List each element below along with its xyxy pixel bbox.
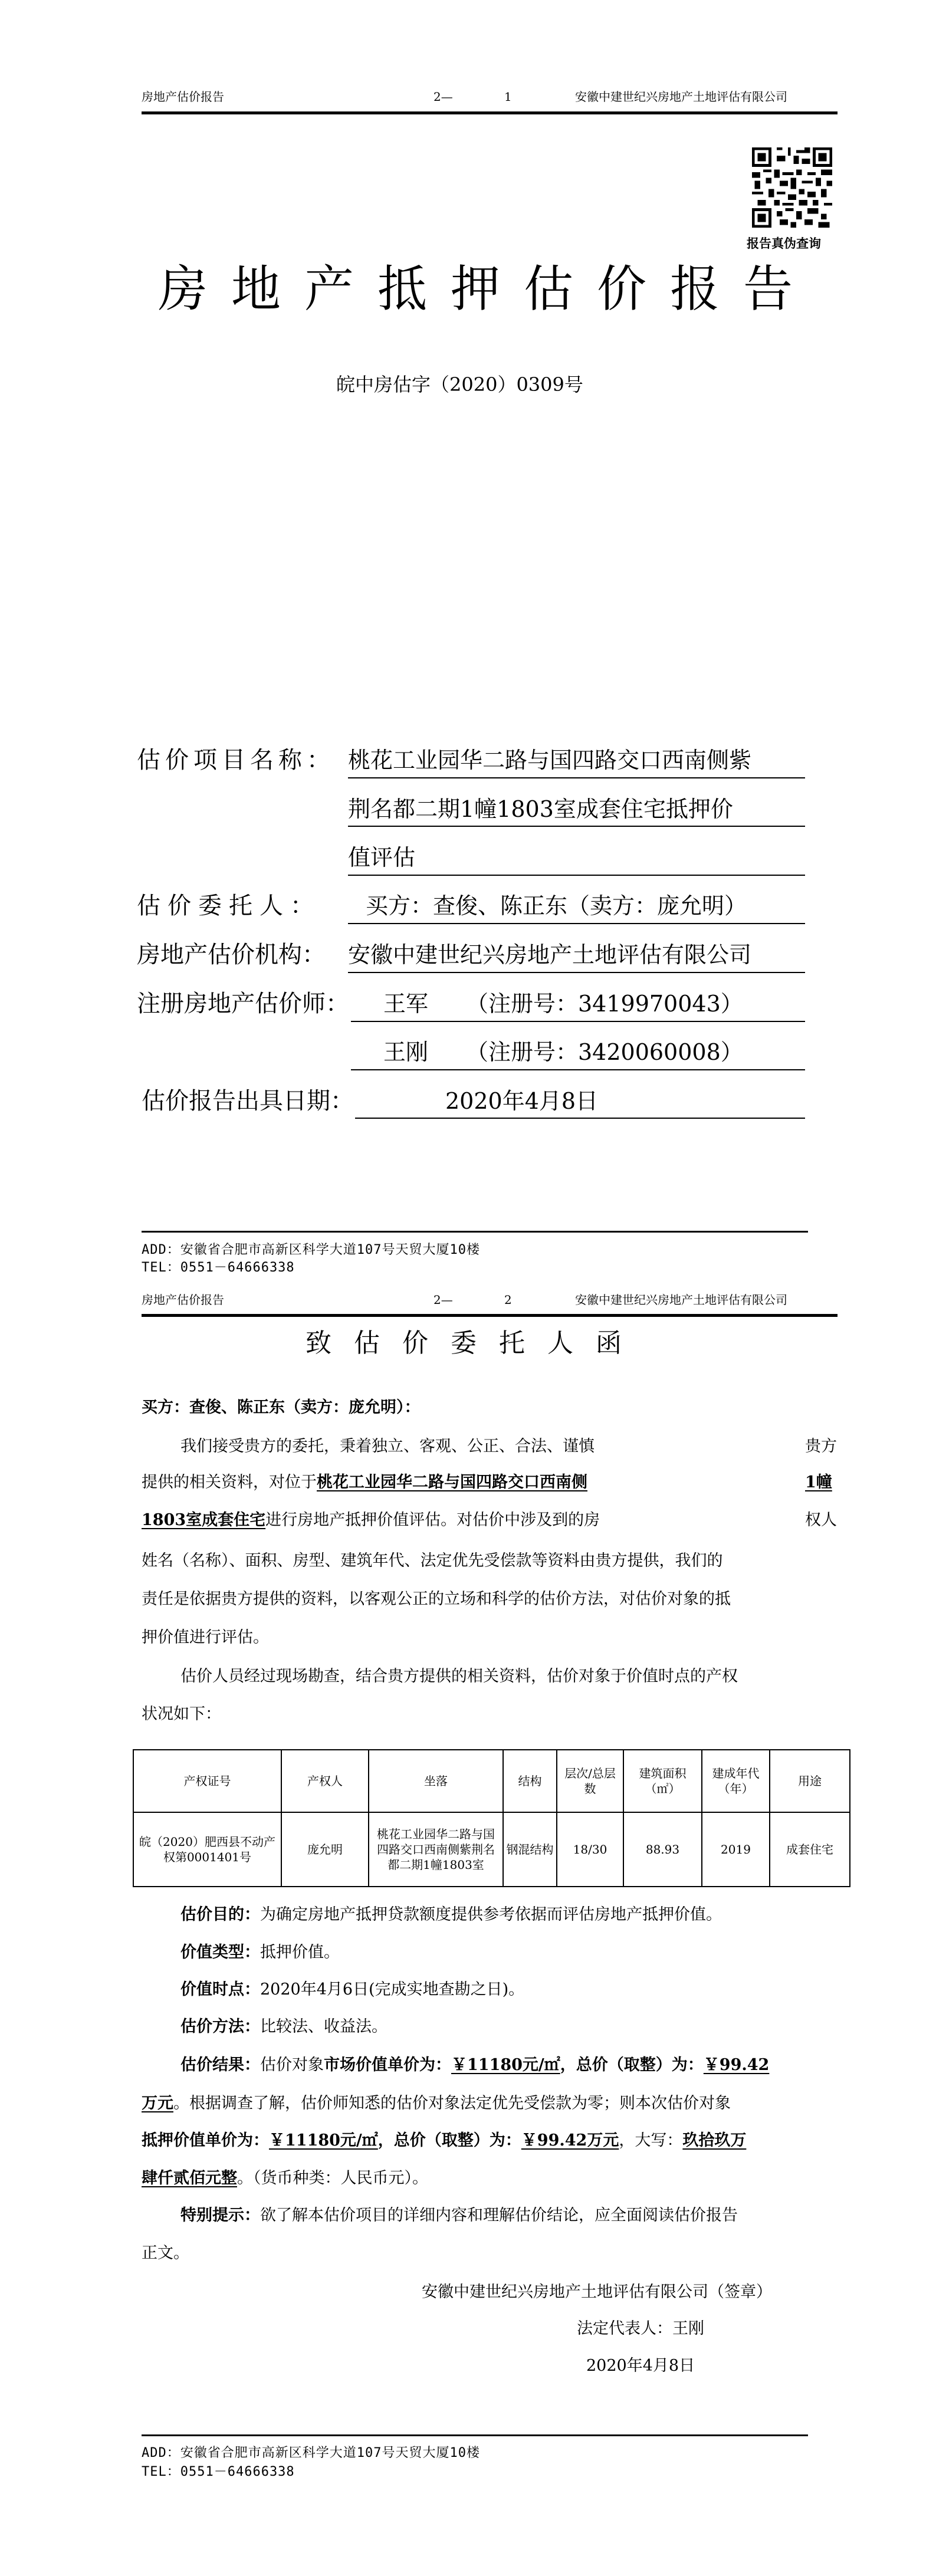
- salutation: 买方：查俊、陈正东（卖方：庞允明）：: [142, 1398, 421, 1418]
- th-cert-no: 产权证号: [133, 1750, 281, 1812]
- th-floor: 层次/总层数: [557, 1750, 623, 1812]
- mortgage-total-price: ￥99.42万元: [521, 2131, 619, 2150]
- header-company: 安徽中建世纪兴房地产土地评估有限公司: [575, 90, 787, 104]
- para1-line2-tail: 1幢: [805, 1473, 832, 1493]
- appraiser-1-name: 王军: [383, 990, 428, 1018]
- property-rights-table: 产权证号 产权人 坐落 结构 层次/总层数 建筑面积（㎡） 建成年代（年） 用途…: [133, 1749, 850, 1887]
- qr-caption: 报告真伪查询: [747, 234, 821, 252]
- para1-line3: 1803室成套住宅进行房地产抵押价值评估。对估价中涉及到的房: [142, 1510, 600, 1530]
- value-type-item: 价值类型：抵押价值。: [180, 1943, 340, 1963]
- agency-label: 房地产估价机构：: [137, 941, 326, 969]
- result-text: 市场价值单价为：: [324, 2056, 451, 2074]
- market-total-unit: 万元: [142, 2094, 173, 2112]
- redaction-mask: [670, 1433, 803, 1533]
- value-date-label: 价值时点：: [180, 1980, 260, 1999]
- underline: [348, 923, 805, 924]
- result-line-1: 估价结果：估价对象市场价值单价为：￥11180元/㎡，总价（取整）为：￥99.4…: [180, 2055, 769, 2075]
- purpose-label: 估价目的：: [180, 1905, 260, 1924]
- table-header-row: 产权证号 产权人 坐落 结构 层次/总层数 建筑面积（㎡） 建成年代（年） 用途: [133, 1750, 850, 1812]
- qr-code-icon[interactable]: [752, 147, 832, 228]
- result-text: 。根据调查了解，估价师知悉的估价对象法定优先受偿款为零；则本次估价对象: [173, 2094, 731, 2112]
- client-value: 买方：查俊、陈正东（卖方：庞允明）: [366, 892, 747, 920]
- purpose-value: 为确定房地产抵押贷款额度提供参考依据而评估房地产抵押价值。: [260, 1905, 722, 1924]
- cell-owner: 庞允明: [281, 1812, 369, 1887]
- underline: [348, 875, 805, 876]
- underline: [348, 972, 805, 973]
- signature-representative: 法定代表人：王刚: [577, 2319, 704, 2339]
- header-rule: [142, 111, 838, 114]
- footer-phone: TEL：0551－64666338: [142, 1260, 295, 1276]
- value-type-label: 价值类型：: [180, 1943, 260, 1961]
- appraiser-label: 注册房地产估价师：: [137, 990, 349, 1018]
- para1-line4: 姓名（名称）、面积、房型、建筑年代、法定优先受偿款等资料由贵方提供，我们的: [142, 1551, 723, 1571]
- client-label: 估价委托人：: [137, 892, 321, 920]
- header-doc-type: 房地产估价报告: [142, 90, 224, 104]
- method-label: 估价方法：: [180, 2018, 260, 2036]
- result-line-4: 肆仟贰佰元整。（货币种类：人民币元）。: [142, 2168, 428, 2189]
- para1-line2-pre: 提供的相关资料，对位于: [142, 1473, 317, 1491]
- note-tail: 正文。: [142, 2243, 189, 2263]
- project-name-line-3: 值评估: [348, 843, 415, 872]
- cell-area: 88.93: [623, 1812, 702, 1887]
- th-owner: 产权人: [281, 1750, 369, 1812]
- appraiser-2-name: 王刚: [383, 1038, 428, 1066]
- underline: [351, 1021, 805, 1022]
- report-title: 房地产抵押估价报告: [158, 259, 816, 318]
- table-row: 皖（2020）肥西县不动产权第0001401号 庞允明 桃花工业园华二路与国四路…: [133, 1812, 850, 1887]
- property-address-bold: 桃花工业园华二路与国四路交口西南侧: [317, 1473, 587, 1491]
- cell-cert-no: 皖（2020）肥西县不动产权第0001401号: [133, 1812, 281, 1887]
- underline: [355, 1118, 805, 1119]
- header-company: 安徽中建世纪兴房地产土地评估有限公司: [575, 1293, 787, 1307]
- method-item: 估价方法：比较法、收益法。: [180, 2017, 387, 2037]
- underline: [348, 826, 805, 827]
- para2-line2: 状况如下：: [142, 1704, 221, 1724]
- para1-line1-tail: 贵方: [805, 1437, 837, 1457]
- header-page-number: 2: [504, 1293, 512, 1307]
- header-page-prefix: 2—: [433, 1293, 453, 1307]
- appraiser-2-reg: （注册号：3420060008）: [466, 1038, 743, 1066]
- th-area: 建筑面积（㎡）: [623, 1750, 702, 1812]
- para1-line2: 提供的相关资料，对位于桃花工业园华二路与国四路交口西南侧: [142, 1473, 587, 1493]
- para1-line3-rest: 进行房地产抵押价值评估。对估价中涉及到的房: [265, 1511, 600, 1529]
- project-name-line-2: 荆名都二期1幢1803室成套住宅抵押价: [348, 795, 733, 823]
- cell-structure: 钢混结构: [503, 1812, 557, 1887]
- footer-rule: [142, 2434, 808, 2436]
- footer-address: ADD：安徽省合肥市高新区科学大道107号天贸大厦10楼: [142, 2445, 480, 2462]
- para1-line1: 我们接受贵方的委托，秉着独立、客观、公正、合法、谨慎: [180, 1437, 595, 1457]
- appraiser-1-reg: （注册号：3419970043）: [466, 990, 743, 1018]
- para1-line6: 押价值进行评估。: [142, 1628, 269, 1648]
- result-text: 。（货币种类：人民币元）。: [237, 2169, 428, 2187]
- signature-company: 安徽中建世纪兴房地产土地评估有限公司（签章）: [422, 2282, 772, 2302]
- value-date-value: 2020年4月6日(完成实地查勘之日)。: [260, 1980, 524, 1999]
- footer-rule: [142, 1231, 808, 1233]
- result-text: ，大写：: [619, 2131, 682, 2150]
- method-value: 比较法、收益法。: [260, 2018, 387, 2036]
- header-rule: [142, 1314, 838, 1317]
- cell-usage: 成套住宅: [770, 1812, 850, 1887]
- letter-title: 致估价委托人函: [306, 1327, 644, 1360]
- result-line-2: 万元。根据调查了解，估价师知悉的估价对象法定优先受偿款为零；则本次估价对象: [142, 2094, 731, 2114]
- value-date-item: 价值时点：2020年4月6日(完成实地查勘之日)。: [180, 1980, 524, 2000]
- underline: [348, 777, 805, 778]
- underline: [351, 1069, 805, 1070]
- result-text: 估价对象: [260, 2056, 324, 2074]
- issue-date-label: 估价报告出具日期：: [142, 1087, 354, 1115]
- th-year: 建成年代（年）: [702, 1750, 770, 1812]
- th-structure: 结构: [503, 1750, 557, 1812]
- footer-phone: TEL：0551－64666338: [142, 2464, 295, 2480]
- para1-line3-tail: 权人: [805, 1510, 837, 1530]
- mortgage-total-upper-cont: 肆仟贰佰元整: [142, 2169, 237, 2187]
- para1-line5: 责任是依据贵方提供的资料，以客观公正的立场和科学的估价方法，对估价对象的抵: [142, 1589, 731, 1609]
- footer-address: ADD：安徽省合肥市高新区科学大道107号天贸大厦10楼: [142, 1242, 480, 1259]
- header-page-number: 1: [504, 90, 512, 104]
- market-total-price: ￥99.42: [704, 2056, 770, 2074]
- value-type-value: 抵押价值。: [260, 1943, 340, 1961]
- result-text: 抵押价值单价为：: [142, 2131, 269, 2150]
- cell-floor: 18/30: [557, 1812, 623, 1887]
- header-doc-type: 房地产估价报告: [142, 1293, 224, 1307]
- agency-value: 安徽中建世纪兴房地产土地评估有限公司: [348, 941, 751, 969]
- market-unit-price: ￥11180元/㎡: [451, 2056, 560, 2074]
- report-number: 皖中房估字（2020）0309号: [336, 373, 583, 396]
- mortgage-total-upper: 玖拾玖万: [682, 2131, 746, 2150]
- project-name-label: 估价项目名称：: [137, 746, 335, 774]
- signature-date: 2020年4月8日: [586, 2356, 695, 2376]
- result-text: ，总价（取整）为：: [378, 2131, 521, 2150]
- note-label: 特别提示：: [180, 2206, 260, 2225]
- issue-date-value: 2020年4月8日: [445, 1087, 598, 1115]
- th-location: 坐落: [369, 1750, 503, 1812]
- header-page-prefix: 2—: [433, 90, 453, 104]
- note-value: 欲了解本估价项目的详细内容和理解估价结论，应全面阅读估价报告: [260, 2206, 738, 2225]
- para2-line1: 估价人员经过现场勘查，结合贵方提供的相关资料，估价对象于价值时点的产权: [180, 1667, 738, 1687]
- purpose-item: 估价目的：为确定房地产抵押贷款额度提供参考依据而评估房地产抵押价值。: [180, 1905, 722, 1925]
- th-usage: 用途: [770, 1750, 850, 1812]
- property-unit-bold: 1803室成套住宅: [142, 1511, 265, 1529]
- result-line-3: 抵押价值单价为：￥11180元/㎡，总价（取整）为：￥99.42万元，大写：玖拾…: [142, 2131, 746, 2151]
- cell-year: 2019: [702, 1812, 770, 1887]
- note-item: 特别提示：欲了解本估价项目的详细内容和理解估价结论，应全面阅读估价报告: [180, 2206, 738, 2226]
- result-text: ，总价（取整）为：: [560, 2056, 704, 2074]
- mortgage-unit-price: ￥11180元/㎡: [269, 2131, 378, 2150]
- result-label: 估价结果：: [180, 2056, 260, 2074]
- project-name-line-1: 桃花工业园华二路与国四路交口西南侧紫: [348, 746, 751, 774]
- cell-location: 桃花工业园华二路与国四路交口西南侧紫荆名都二期1幢1803室: [369, 1812, 503, 1887]
